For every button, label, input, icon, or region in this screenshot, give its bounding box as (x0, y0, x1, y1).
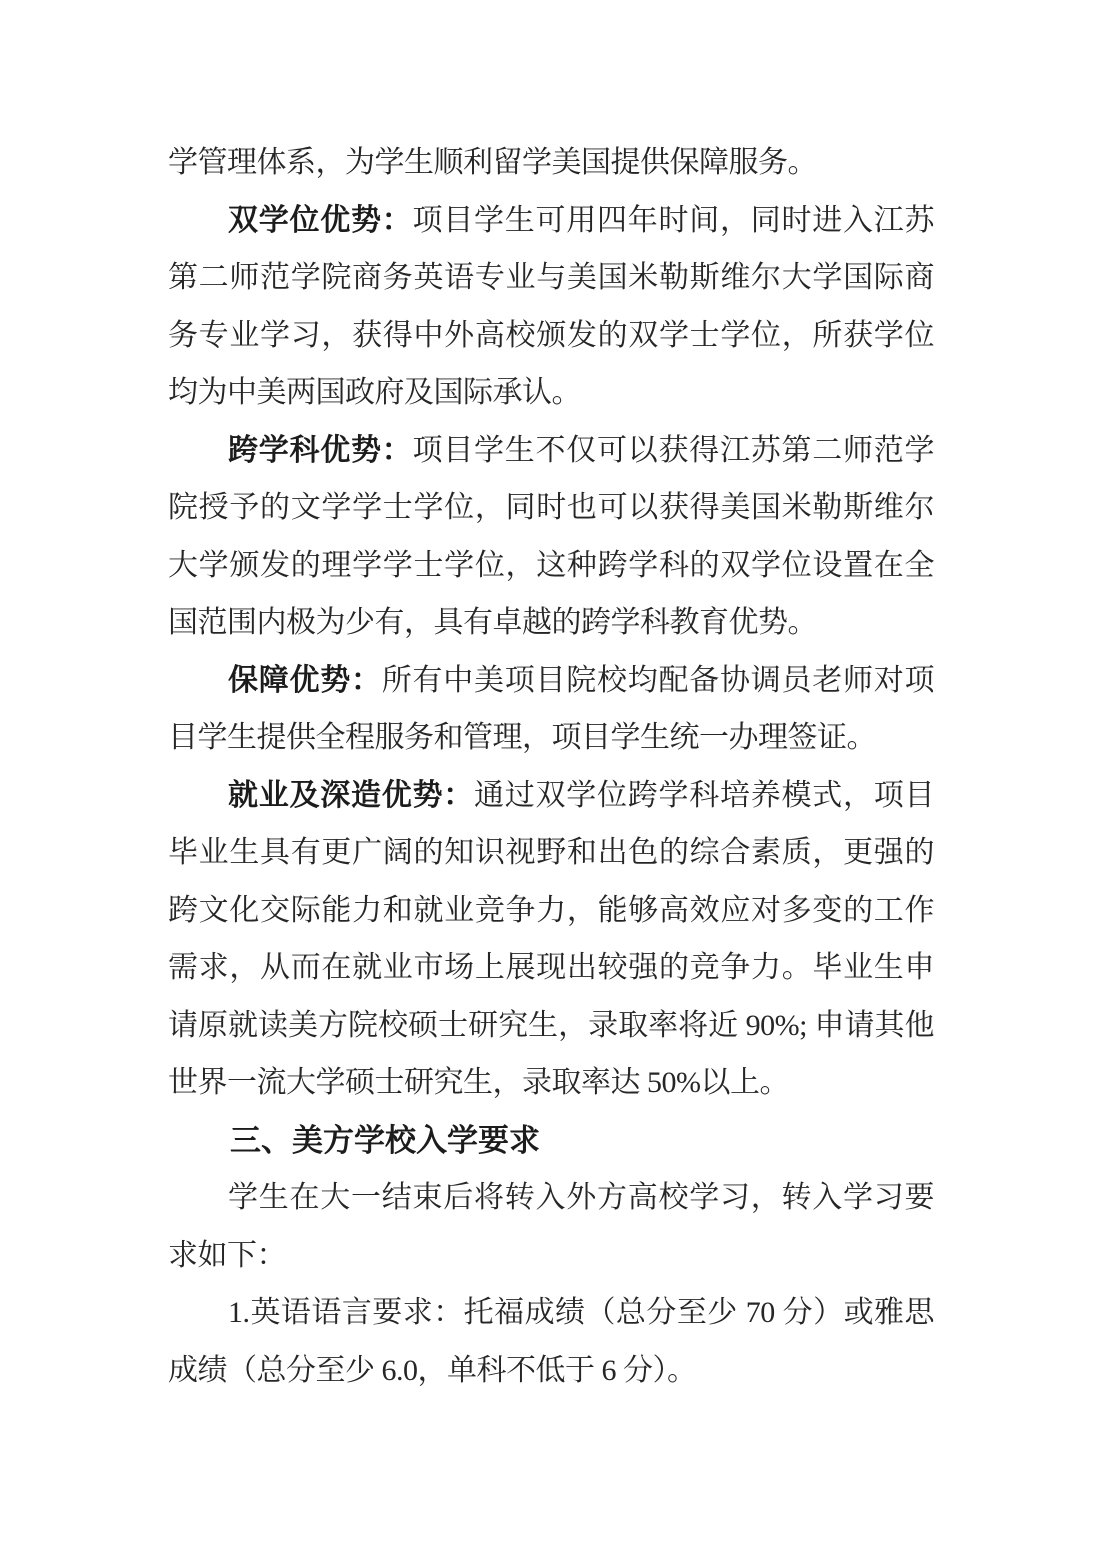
paragraph-text: 学管理体系，为学生顺利留学美国提供保障服务。 (168, 146, 817, 179)
paragraph-lead-support: 保障优势： (228, 664, 382, 697)
paragraph-english-language-requirement: 1.英语语言要求：托福成绩（总分至少 70 分）或雅思成绩（总分至少 6.0，单… (168, 1284, 934, 1399)
paragraph-text: 学生在大一结束后将转入外方高校学习，转入学习要求如下： (168, 1181, 934, 1272)
paragraph-lead-dual-degree: 双学位优势： (228, 204, 413, 237)
paragraph-guarantee-service-continuation: 学管理体系，为学生顺利留学美国提供保障服务。 (168, 134, 934, 192)
paragraph-career-further-study-advantage: 就业及深造优势：通过双学位跨学科培养模式，项目毕业生具有更广阔的知识视野和出色的… (168, 767, 934, 1112)
paragraph-support-advantage: 保障优势：所有中美项目院校均配备协调员老师对项目学生提供全程服务和管理，项目学生… (168, 652, 934, 767)
paragraph-lead-interdisciplinary: 跨学科优势： (228, 434, 413, 467)
paragraph-transfer-requirement-intro: 学生在大一结束后将转入外方高校学习，转入学习要求如下： (168, 1169, 934, 1284)
document-content: 学管理体系，为学生顺利留学美国提供保障服务。 双学位优势：项目学生可用四年时间，… (168, 134, 934, 1399)
paragraph-interdisciplinary-advantage: 跨学科优势：项目学生不仅可以获得江苏第二师范学院授予的文学学士学位，同时也可以获… (168, 422, 934, 652)
document-page: 学管理体系，为学生顺利留学美国提供保障服务。 双学位优势：项目学生可用四年时间，… (0, 0, 1102, 1559)
section-heading-us-school-admission: 三、美方学校入学要求 (168, 1112, 934, 1170)
paragraph-dual-degree-advantage: 双学位优势：项目学生可用四年时间，同时进入江苏第二师范学院商务英语专业与美国米勒… (168, 192, 934, 422)
paragraph-text: 1.英语语言要求：托福成绩（总分至少 70 分）或雅思成绩（总分至少 6.0，单… (168, 1296, 934, 1387)
paragraph-text: 通过双学位跨学科培养模式，项目毕业生具有更广阔的知识视野和出色的综合素质，更强的… (168, 779, 934, 1100)
paragraph-lead-career: 就业及深造优势： (228, 779, 474, 812)
